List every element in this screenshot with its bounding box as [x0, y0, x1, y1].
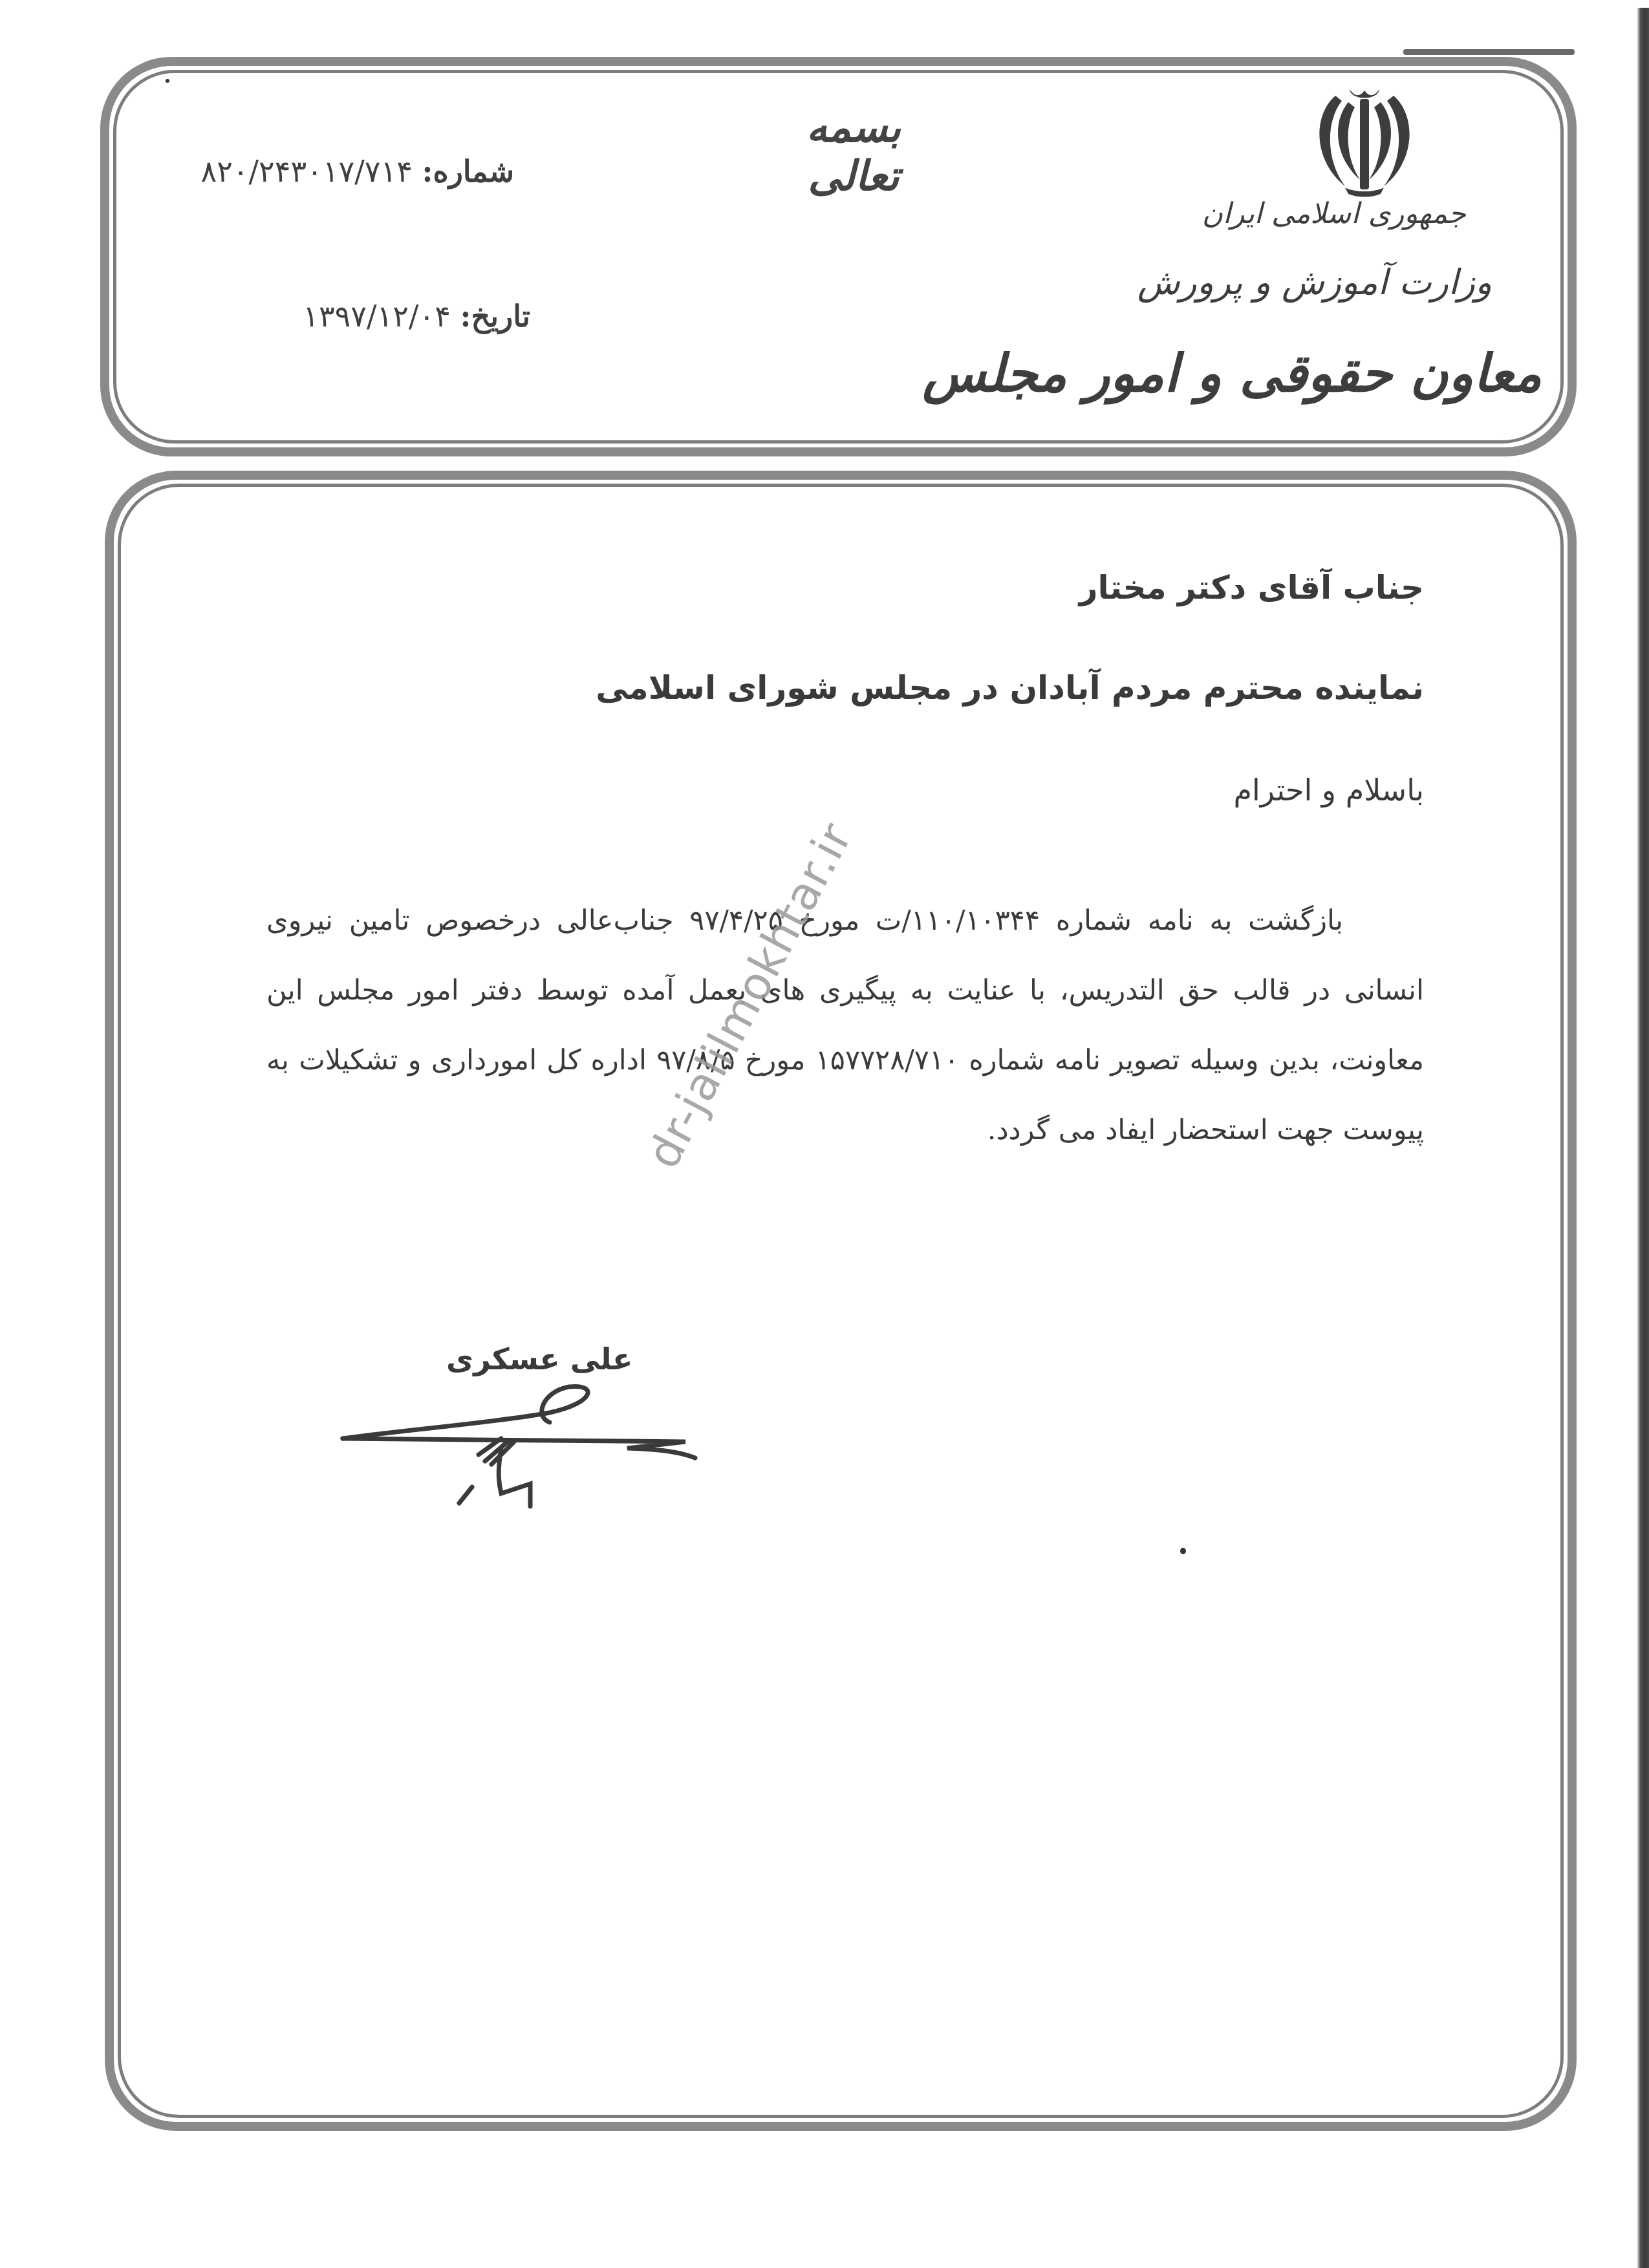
addressee-title: نماینده محترم مردم آبادان در مجلس شورای … [596, 669, 1424, 707]
letter-body-frame [105, 471, 1577, 2131]
letter-number-label: شماره: [422, 154, 514, 189]
scan-speck [1180, 1548, 1186, 1554]
iran-coat-of-arms-icon [1309, 83, 1419, 199]
letter-number: شماره: ۸۲۰/۲۴۳۰۱۷/۷۱۴ [200, 154, 514, 189]
letter-date: تاریخ: ۱۳۹۷/۱۲/۰۴ [303, 299, 530, 334]
scan-edge-shadow [1637, 8, 1649, 2268]
org-ministry: وزارت آموزش و پرورش [1137, 262, 1492, 303]
scan-artifact-line [1403, 49, 1575, 55]
letter-body-text: بازگشت به نامه شماره ۱۱۰/۱۰۳۴۴/ت مورخ ۹۷… [266, 904, 1424, 1146]
org-department: معاون حقوقی و امور مجلس [923, 343, 1542, 403]
signer-name: علی عسکری [446, 1342, 633, 1376]
org-country: جمهوری اسلامی ایران [1202, 197, 1466, 230]
letter-date-label: تاریخ: [460, 299, 530, 334]
letter-date-value: ۱۳۹۷/۱۲/۰۴ [303, 299, 451, 334]
invocation: بسمه تعالی [770, 103, 938, 181]
signature-icon [336, 1377, 724, 1526]
greeting: باسلام و احترام [1234, 773, 1425, 808]
letter-number-value: ۸۲۰/۲۴۳۰۱۷/۷۱۴ [200, 154, 412, 189]
addressee-name: جناب آقای دکتر مختار [1079, 569, 1424, 606]
letter-body: بازگشت به نامه شماره ۱۱۰/۱۰۳۴۴/ت مورخ ۹۷… [266, 886, 1424, 1165]
